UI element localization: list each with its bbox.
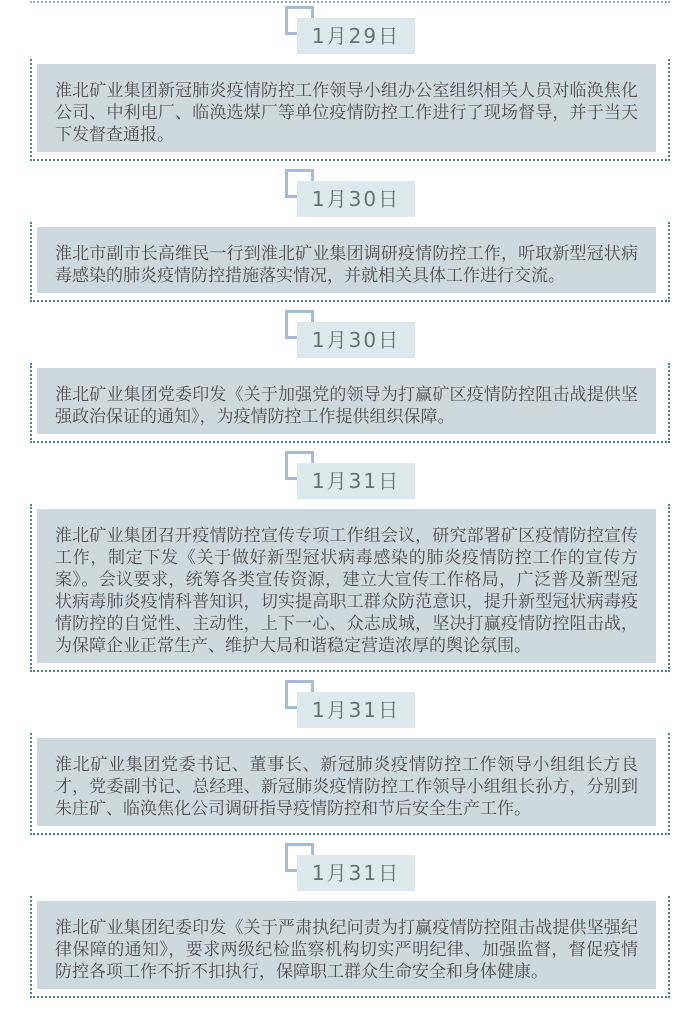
timeline-section: 1月29日 淮北矿业集团新冠肺炎疫情防控工作领导小组办公室组织相关人员对临涣焦化… (0, 6, 700, 161)
date-label: 1月30日 (297, 181, 415, 217)
timeline: 1月29日 淮北矿业集团新冠肺炎疫情防控工作领导小组办公室组织相关人员对临涣焦化… (0, 6, 700, 998)
event-text: 淮北矿业集团纪委印发《关于严肃执纪问责为打赢疫情防控阻击战提供坚强纪律保障的通知… (37, 901, 656, 989)
previous-block-cut-border (30, 1, 670, 3)
date-badge: 1月29日 (285, 6, 415, 54)
timeline-section: 1月30日 淮北市副市长高维民一行到淮北矿业集团调研疫情防控工作，听取新型冠状病… (0, 169, 700, 302)
event-block: 淮北矿业集团召开疫情防控宣传专项工作组会议，研究部署矿区疫情防控宣传工作，制定下… (30, 504, 670, 672)
event-text: 淮北矿业集团党委印发《关于加强党的领导为打赢矿区疫情防控阻击战提供坚强政治保证的… (37, 368, 656, 434)
date-badge: 1月30日 (285, 169, 415, 217)
timeline-section: 1月31日 淮北矿业集团召开疫情防控宣传专项工作组会议，研究部署矿区疫情防控宣传… (0, 451, 700, 672)
date-label: 1月31日 (297, 855, 415, 891)
date-badge: 1月31日 (285, 451, 415, 499)
timeline-section: 1月30日 淮北矿业集团党委印发《关于加强党的领导为打赢矿区疫情防控阻击战提供坚… (0, 310, 700, 443)
event-text: 淮北矿业集团新冠肺炎疫情防控工作领导小组办公室组织相关人员对临涣焦化公司、中利电… (37, 64, 656, 152)
timeline-page: 1月29日 淮北矿业集团新冠肺炎疫情防控工作领导小组办公室组织相关人员对临涣焦化… (0, 0, 700, 998)
date-badge: 1月30日 (285, 310, 415, 358)
date-badge: 1月31日 (285, 680, 415, 728)
event-text: 淮北市副市长高维民一行到淮北矿业集团调研疫情防控工作，听取新型冠状病毒感染的肺炎… (37, 227, 656, 293)
event-block: 淮北矿业集团党委书记、董事长、新冠肺炎疫情防控工作领导小组组长方良才，党委副书记… (30, 733, 670, 835)
date-label: 1月30日 (297, 322, 415, 358)
event-block: 淮北矿业集团新冠肺炎疫情防控工作领导小组办公室组织相关人员对临涣焦化公司、中利电… (30, 59, 670, 161)
event-block: 淮北矿业集团纪委印发《关于严肃执纪问责为打赢疫情防控阻击战提供坚强纪律保障的通知… (30, 896, 670, 998)
event-text: 淮北矿业集团召开疫情防控宣传专项工作组会议，研究部署矿区疫情防控宣传工作，制定下… (37, 509, 656, 663)
event-text: 淮北矿业集团党委书记、董事长、新冠肺炎疫情防控工作领导小组组长方良才，党委副书记… (37, 738, 656, 826)
date-label: 1月29日 (297, 18, 415, 54)
event-block: 淮北矿业集团党委印发《关于加强党的领导为打赢矿区疫情防控阻击战提供坚强政治保证的… (30, 363, 670, 443)
date-label: 1月31日 (297, 692, 415, 728)
event-block: 淮北市副市长高维民一行到淮北矿业集团调研疫情防控工作，听取新型冠状病毒感染的肺炎… (30, 222, 670, 302)
timeline-section: 1月31日 淮北矿业集团党委书记、董事长、新冠肺炎疫情防控工作领导小组组长方良才… (0, 680, 700, 835)
date-badge: 1月31日 (285, 843, 415, 891)
timeline-section: 1月31日 淮北矿业集团纪委印发《关于严肃执纪问责为打赢疫情防控阻击战提供坚强纪… (0, 843, 700, 998)
date-label: 1月31日 (297, 463, 415, 499)
